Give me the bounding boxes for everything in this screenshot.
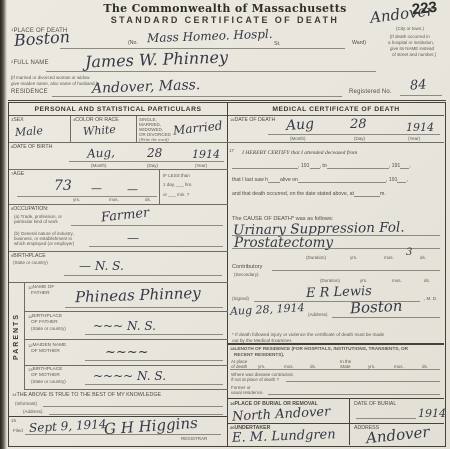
signed-date-value: Aug 28, 1914: [230, 302, 305, 317]
dod-year-cap: (Year): [408, 136, 420, 142]
scan-edge-shadow: [0, 0, 7, 449]
birthplace-value: — N. S.: [79, 260, 124, 272]
undertaker-value: E. M. Lundgren: [232, 428, 336, 445]
age-less-2: 1 day, ___ hrs.: [163, 182, 192, 188]
age-mos-cap: mos.: [109, 197, 119, 203]
burial-place-value: North Andover: [232, 405, 331, 423]
mother-bp-sub: (State or country): [31, 379, 66, 385]
dod-month-value: Aug: [286, 117, 315, 133]
mother-name-value: ~~~~: [105, 346, 149, 359]
age-less-3: or ___ min. ?: [163, 192, 189, 198]
informant-line: [43, 406, 223, 407]
occupation-a-label-2: particular kind of work: [14, 219, 58, 225]
hospital-note-line4: of street and number.]: [392, 52, 436, 58]
city-caption: (City or town.): [396, 26, 424, 32]
contributory-block: Contributory (Secondary) (Duration) yrs.…: [228, 262, 444, 330]
age-yrs-cap: yrs.: [73, 197, 80, 203]
contributory-label: Contributory: [232, 264, 262, 271]
occupation-b-value: —: [127, 232, 139, 244]
occupation-b-line: [89, 246, 223, 247]
sex-label: 3SEX: [11, 117, 24, 124]
parents-label: PARENTS: [13, 313, 20, 360]
contributory-sub: (Secondary): [234, 272, 259, 278]
length-where-2: if not at place of death ?: [231, 377, 279, 383]
age-label: 7AGE: [11, 171, 24, 178]
dod-month-cap: (Month): [290, 136, 306, 142]
dod-day-cap: (Day): [354, 136, 365, 142]
length-former-line: [268, 394, 440, 395]
signed-cap: (Signed): [232, 296, 249, 302]
residence-length-block: 18LENGTH OF RESIDENCE (FOR HOSPITALS, IN…: [228, 345, 444, 398]
medical-header: MEDICAL CERTIFICATE OF DEATH: [228, 103, 444, 116]
mother-name-cell: 12MAIDEN NAME OF MOTHER ~~~~: [25, 340, 228, 366]
filed-line: [25, 434, 221, 435]
informant-cap: (Informant): [15, 401, 37, 407]
dod-line: [268, 134, 440, 135]
contrib-mos: mos.: [392, 278, 402, 284]
contrib-ds: ds.: [424, 278, 430, 284]
personal-header: PERSONAL AND STATISTICAL PARTICULARS: [9, 103, 227, 116]
dod-year-value: 1914: [406, 122, 434, 133]
occupation-label: 8OCCUPATION:: [11, 206, 49, 213]
residence-label: RESIDENCE: [11, 89, 48, 96]
place-of-death-value: Boston: [14, 29, 71, 49]
dod-label: 16DATE OF DEATH: [230, 117, 275, 124]
marital-sub: (Write the word): [139, 137, 169, 143]
hospital-note-line2: a hospital or institution,: [388, 40, 434, 46]
color-race-cell: 4COLOR OR RACE White: [71, 116, 137, 143]
burial-date-line: [356, 418, 416, 419]
cause-block: The CAUSE OF DEATH* was as follows: Urin…: [228, 215, 444, 262]
father-birthplace-cell: 11BIRTHPLACE OF FATHER (State or country…: [25, 312, 228, 340]
mother-bp-line: [85, 384, 223, 385]
no-label: (No.: [128, 40, 138, 47]
cause-ds-value: 3: [406, 248, 412, 258]
age-less-1: IF LESS than: [163, 173, 190, 179]
dob-day-cap: (Day): [147, 163, 158, 169]
commonwealth-heading: The Commonwealth of Massachusetts: [90, 2, 360, 15]
color-race-value: White: [83, 124, 117, 137]
city-handwritten: Andover: [369, 3, 434, 26]
age-dash-1: —: [91, 183, 102, 194]
age-ds-cap: ds.: [145, 197, 151, 203]
marital-value: Married: [173, 119, 224, 136]
cause-ds: ds.: [420, 255, 426, 261]
personal-column: PERSONAL AND STATISTICAL PARTICULARS 3SE…: [9, 103, 228, 446]
parents-strip: PARENTS: [9, 283, 25, 390]
undertaker-row: 20UNDERTAKER E. M. Lundgren ADDRESS Ando…: [228, 423, 444, 444]
certify-row2: , 191, to, 191,: [232, 163, 440, 169]
contrib-duration-cap: (Duration): [320, 278, 340, 284]
informant-address-cap: (Address): [23, 409, 43, 415]
informant-label: 14THE ABOVE IS TRUE TO THE BEST OF MY KN…: [12, 392, 161, 399]
filed-label: Filed: [13, 428, 23, 434]
birthplace-sub: (State or country): [13, 260, 48, 266]
certify-line1: I HEREBY CERTIFY that I attended decease…: [242, 150, 357, 157]
father-name-line: [65, 307, 223, 308]
footnote-line2: out by the Medical Examiner.: [232, 338, 292, 344]
dob-cell: 6DATE OF BIRTH Aug, 28 1914 (Month) (Day…: [9, 143, 228, 170]
age-dash-2: —: [127, 184, 138, 195]
residence-underline: [52, 96, 342, 97]
father-bp-value: ~~~ N. S.: [93, 320, 156, 332]
dob-month-value: Aug,: [87, 146, 115, 159]
mother-birthplace-cell: 13BIRTHPLACE OF MOTHER (State or country…: [25, 366, 228, 390]
dob-year-value: 1914: [192, 149, 220, 160]
length-where-line: [286, 381, 440, 382]
ward-label: Ward): [352, 40, 366, 47]
father-name-cell: 10NAME OF FATHER Phineas Phinney: [25, 283, 228, 312]
contrib-yrs: yrs.: [360, 278, 367, 284]
cause-line1: [232, 235, 440, 236]
certify-row4: and that death occurred, on the date sta…: [232, 191, 440, 197]
registered-no-label: Registered No.: [349, 89, 392, 96]
undertaker-address-cell: ADDRESS Andover: [350, 424, 444, 445]
registered-no-value: 84: [410, 78, 427, 92]
burial-date-value: 1914: [418, 408, 446, 419]
mother-name-line: [85, 360, 223, 361]
certificate-title: STANDARD CERTIFICATE OF DEATH: [90, 15, 360, 25]
dod-day-value: 28: [350, 118, 367, 131]
undertaker-address-value: Andover: [365, 425, 430, 447]
burial-place-cell: 19PLACE OF BURIAL OR REMOVAL North Andov…: [228, 399, 350, 424]
cause-mos: mos.: [384, 255, 394, 261]
filed-num: 15: [11, 418, 16, 424]
mother-bp-value: ~~~~ N. S.: [93, 370, 166, 382]
marital-cell: SINGLE, MARRIED, WIDOWED, OR DIVORCED (W…: [137, 116, 228, 143]
length-row-line: [230, 369, 440, 370]
certify-num: 17: [229, 148, 234, 154]
dod-cell: 16DATE OF DEATH Aug 28 1914 (Month) (Day…: [228, 116, 444, 143]
medical-column: MEDICAL CERTIFICATE OF DEATH 16DATE OF D…: [228, 103, 444, 446]
father-name-value: Phineas Phinney: [75, 286, 201, 305]
cause-yrs: yrs.: [350, 255, 357, 261]
occupation-a-line: [71, 225, 223, 226]
sex-value: Male: [15, 125, 44, 138]
cause-duration-cap: (Duration): [306, 255, 326, 261]
residence-value: Andover, Mass.: [92, 78, 201, 96]
footnote-block: * If death followed injury or violence t…: [228, 330, 444, 345]
hospital-note-line1: [If death occurred in: [390, 34, 430, 40]
st-label: St.: [274, 41, 280, 48]
filed-cell: 15 Filed Sept 9, 1914 G H Higgins REGIST…: [9, 417, 228, 444]
hospital-name-value: Mass Homeo. Hospl.: [147, 28, 273, 44]
signed-address-cap: (Address): [308, 312, 328, 318]
maiden-note-line1: [If married or divorced woman or widow: [11, 75, 90, 81]
dob-line: [69, 161, 224, 162]
registered-underline: [400, 95, 442, 96]
filed-date-value: Sept 9, 1914: [29, 418, 107, 434]
full-name-value: James W. Phinney: [85, 50, 228, 71]
signed-address-value: Boston: [350, 299, 403, 317]
signed-address-line: [332, 317, 440, 318]
burial-row: 19PLACE OF BURIAL OR REMOVAL North Andov…: [228, 398, 444, 423]
fullname-underline: [46, 71, 376, 72]
md-label: , M. D.: [424, 296, 437, 302]
certify-block: 17 I HEREBY CERTIFY that I attended dece…: [228, 143, 444, 215]
certificate-sheet: The Commonwealth of Massachusetts STANDA…: [0, 0, 450, 449]
dob-day-value: 28: [147, 147, 162, 159]
age-value: 73: [54, 179, 72, 193]
father-bp-sub: (State or country): [31, 326, 66, 332]
birthplace-cell: 9BIRTHPLACE (State or country) — N. S.: [9, 252, 228, 283]
father-name-label-2: FATHER: [31, 291, 50, 297]
age-cell: 7AGE 73 — — yrs. mos. ds. IF LESS than 1…: [9, 170, 228, 205]
dob-year-cap: (Year): [195, 163, 207, 169]
registrar-label: REGISTRAR: [181, 436, 207, 442]
mother-name-label-2: OF MOTHER: [31, 349, 60, 355]
main-table: PERSONAL AND STATISTICAL PARTICULARS 3SE…: [8, 102, 446, 447]
undertaker-cell: 20UNDERTAKER E. M. Lundgren: [228, 424, 350, 445]
burial-date-cell: DATE OF BURIAL 1914: [350, 399, 444, 424]
birthplace-line: [64, 275, 222, 276]
occupation-a-value: Farmer: [100, 207, 149, 225]
age-less-box: IF LESS than 1 day, ___ hrs. or ___ min.…: [159, 170, 228, 205]
sex-cell: 3SEX Male: [9, 116, 71, 143]
occupation-cell: 8OCCUPATION: (a) Trade, profession, or p…: [9, 205, 228, 252]
maiden-note-line2: give maiden name, also name of husband.]: [11, 81, 97, 87]
birthplace-label: 9BIRTHPLACE: [11, 253, 46, 260]
contributory-line: [272, 270, 440, 271]
dob-label: 6DATE OF BIRTH: [11, 144, 52, 151]
hospital-note-line3: give its NAME instead: [390, 46, 434, 52]
father-bp-line: [85, 334, 223, 335]
occupation-b-label-3: which employed (or employer): [14, 241, 74, 247]
age-line: [17, 196, 157, 197]
full-name-label: 2FULL NAME: [11, 60, 49, 67]
burial-date-label: DATE OF BURIAL: [354, 401, 396, 408]
dob-month-cap: (Month): [91, 163, 107, 169]
length-former-2: usual residence.: [231, 390, 264, 396]
certify-row3: that I last saw halive on, 191,: [232, 177, 440, 183]
length-header-2: RECENT RESIDENTS).: [234, 352, 284, 358]
